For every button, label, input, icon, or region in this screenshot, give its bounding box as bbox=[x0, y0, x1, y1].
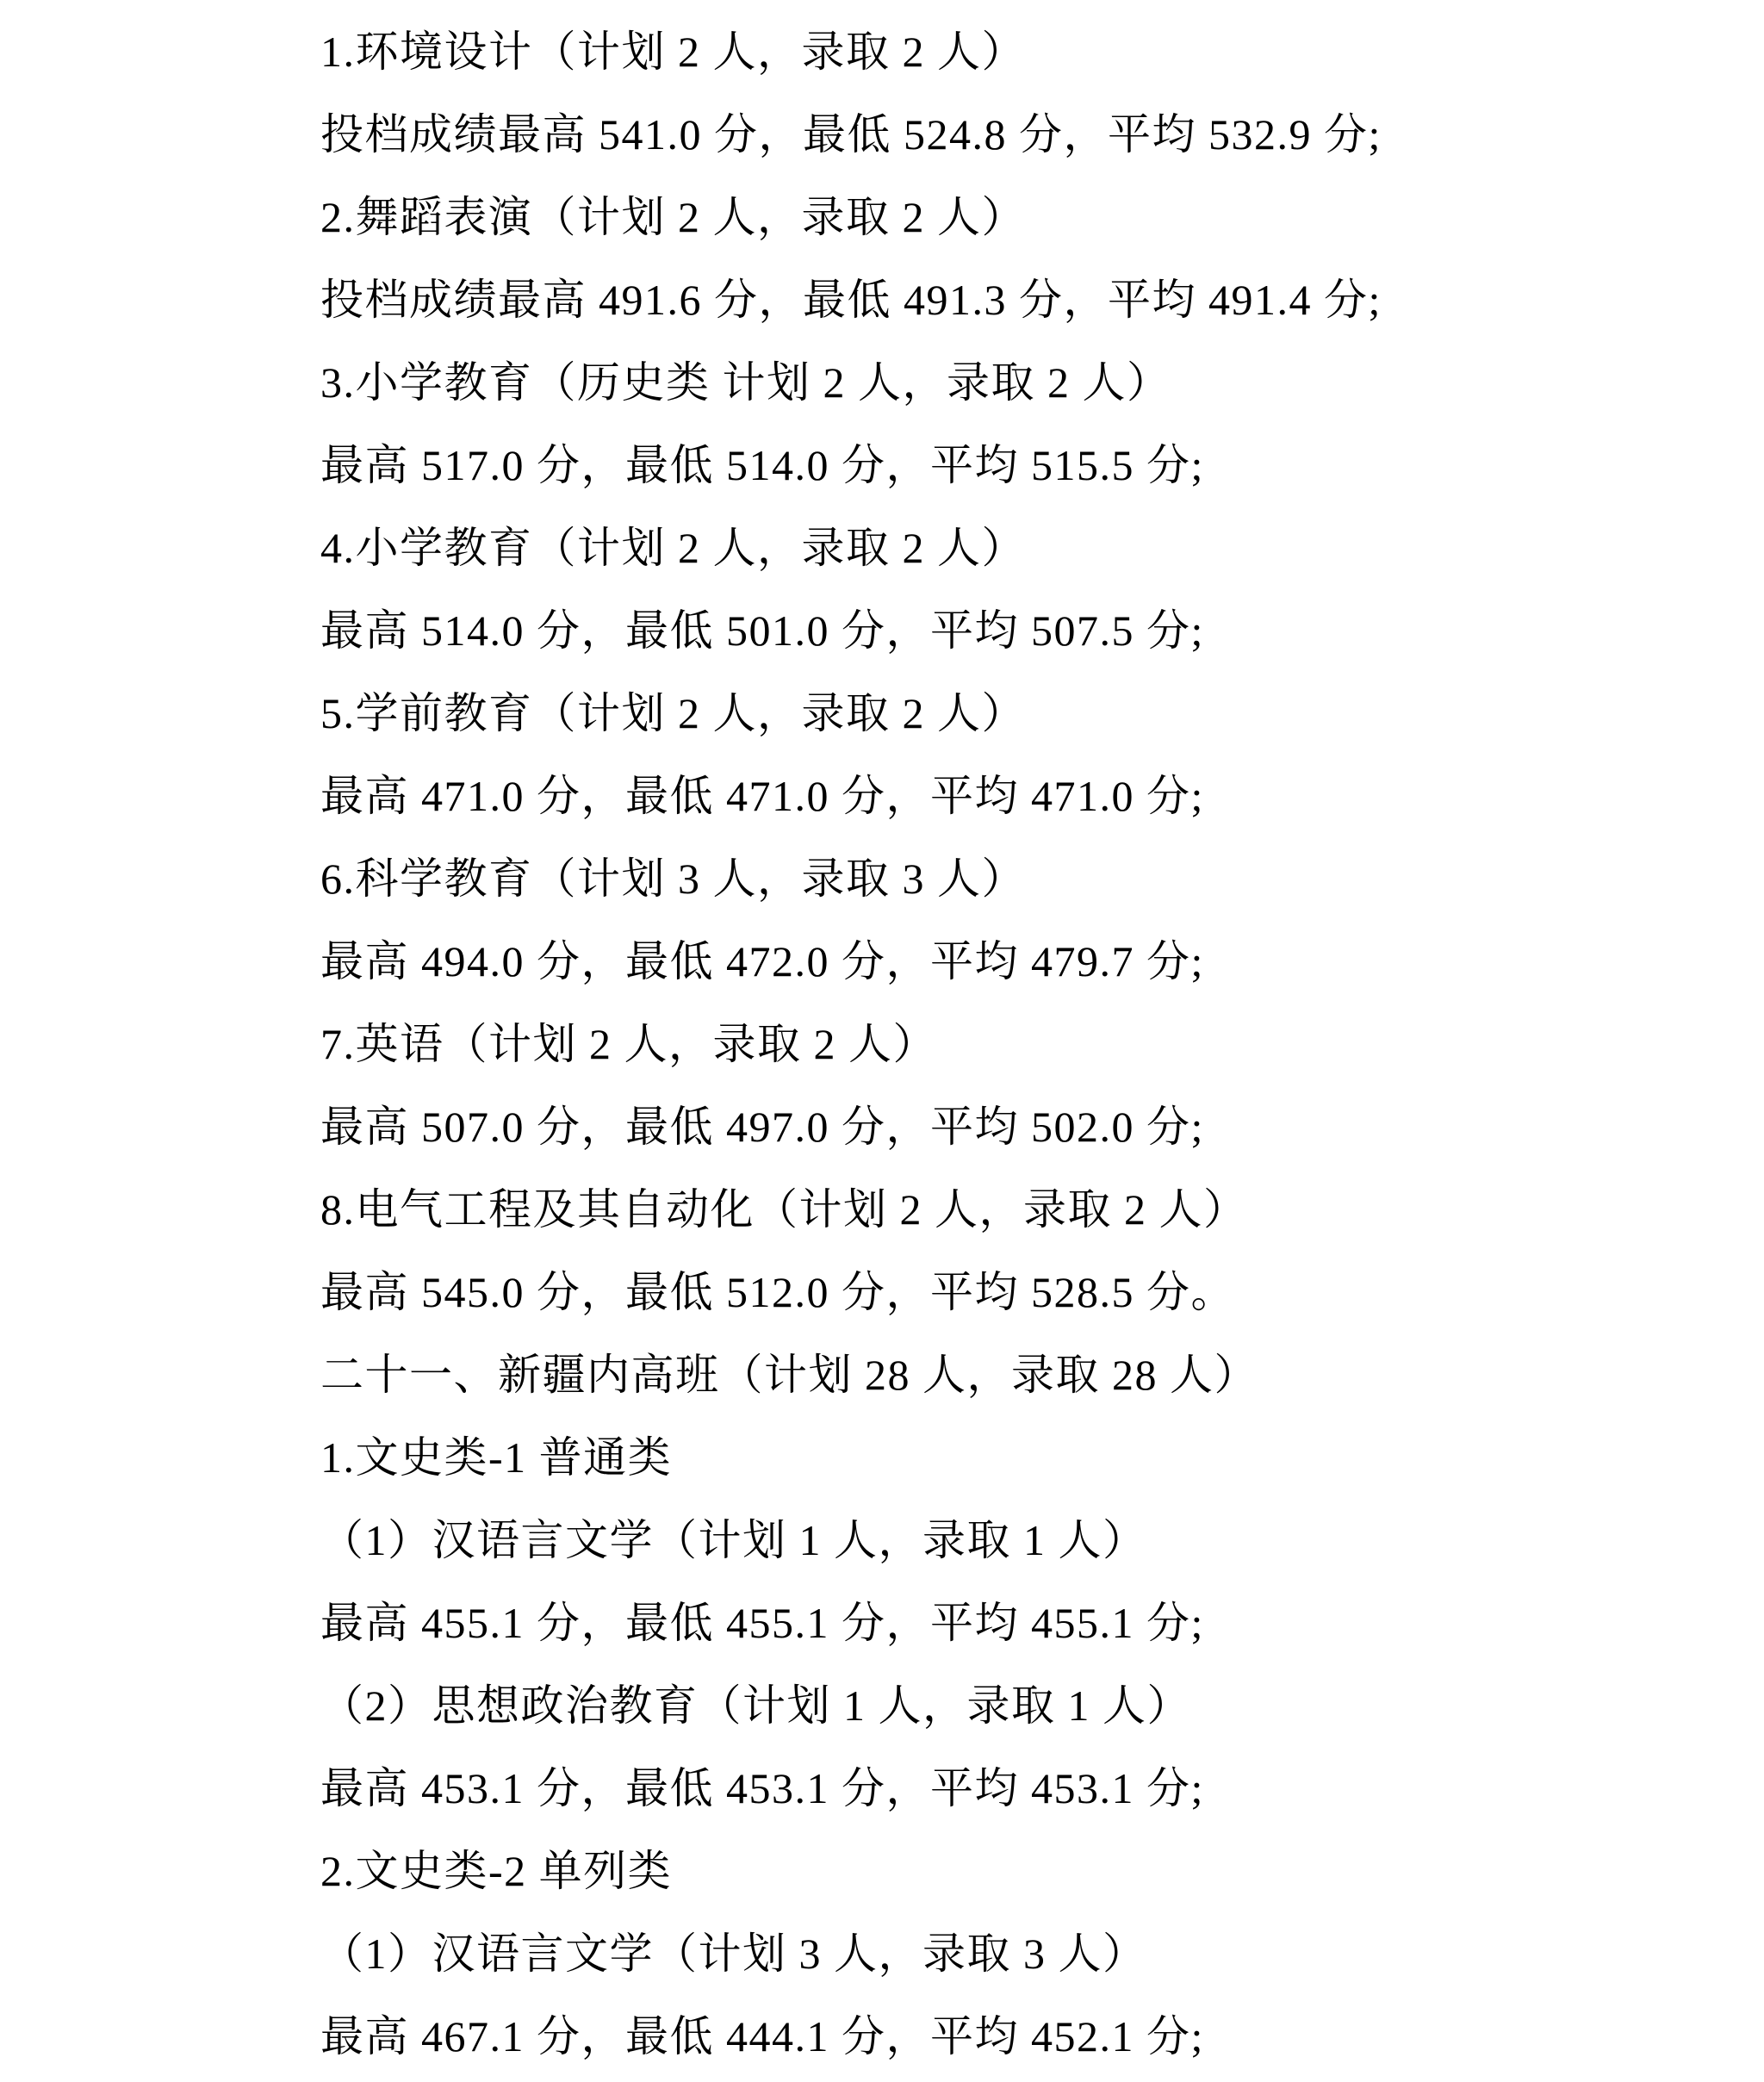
text-line-cat1-scores-1: 最高 455.1 分，最低 455.1 分，平均 455.1 分; bbox=[0, 1582, 1764, 1664]
text-line-major-1: 1.环境设计（计划 2 人，录取 2 人） bbox=[0, 10, 1764, 93]
text-line-scores-3: 最高 517.0 分，最低 514.0 分，平均 515.5 分; bbox=[0, 424, 1764, 507]
text-line-scores-8: 最高 545.0 分，最低 512.0 分，平均 528.5 分。 bbox=[0, 1251, 1764, 1333]
text-line-category-2-heading: 2.文史类-2 单列类 bbox=[0, 1830, 1764, 1912]
text-line-scores-6: 最高 494.0 分，最低 472.0 分，平均 479.7 分; bbox=[0, 920, 1764, 1003]
text-line-major-3: 3.小学教育（历史类 计划 2 人，录取 2 人） bbox=[0, 341, 1764, 424]
text-line-major-2: 2.舞蹈表演（计划 2 人，录取 2 人） bbox=[0, 176, 1764, 258]
text-line-scores-2: 投档成绩最高 491.6 分，最低 491.3 分，平均 491.4 分; bbox=[0, 258, 1764, 341]
text-line-category-1-heading: 1.文史类-1 普通类 bbox=[0, 1416, 1764, 1499]
text-line-cat1-scores-2: 最高 453.1 分，最低 453.1 分，平均 453.1 分; bbox=[0, 1747, 1764, 1830]
text-line-cat1-major-2: （2）思想政治教育（计划 1 人，录取 1 人） bbox=[0, 1664, 1764, 1747]
text-line-scores-7: 最高 507.0 分，最低 497.0 分，平均 502.0 分; bbox=[0, 1085, 1764, 1168]
text-line-scores-4: 最高 514.0 分，最低 501.0 分，平均 507.5 分; bbox=[0, 589, 1764, 672]
document-page: 1.环境设计（计划 2 人，录取 2 人） 投档成绩最高 541.0 分，最低 … bbox=[0, 10, 1764, 2078]
text-line-major-4: 4.小学教育（计划 2 人，录取 2 人） bbox=[0, 507, 1764, 589]
text-line-scores-1: 投档成绩最高 541.0 分，最低 524.8 分，平均 532.9 分; bbox=[0, 93, 1764, 176]
text-line-cat1-major-1: （1）汉语言文学（计划 1 人，录取 1 人） bbox=[0, 1499, 1764, 1582]
text-line-section-21-heading: 二十一、新疆内高班（计划 28 人，录取 28 人） bbox=[0, 1333, 1764, 1416]
text-line-major-6: 6.科学教育（计划 3 人，录取 3 人） bbox=[0, 837, 1764, 920]
text-line-major-8: 8.电气工程及其自动化（计划 2 人，录取 2 人） bbox=[0, 1168, 1764, 1251]
text-line-major-7: 7.英语（计划 2 人，录取 2 人） bbox=[0, 1003, 1764, 1085]
text-line-major-5: 5.学前教育（计划 2 人，录取 2 人） bbox=[0, 672, 1764, 755]
text-line-cat2-major-1: （1）汉语言文学（计划 3 人，录取 3 人） bbox=[0, 1912, 1764, 1995]
text-line-scores-5: 最高 471.0 分，最低 471.0 分，平均 471.0 分; bbox=[0, 755, 1764, 837]
text-line-cat2-scores-1: 最高 467.1 分，最低 444.1 分，平均 452.1 分; bbox=[0, 1995, 1764, 2078]
